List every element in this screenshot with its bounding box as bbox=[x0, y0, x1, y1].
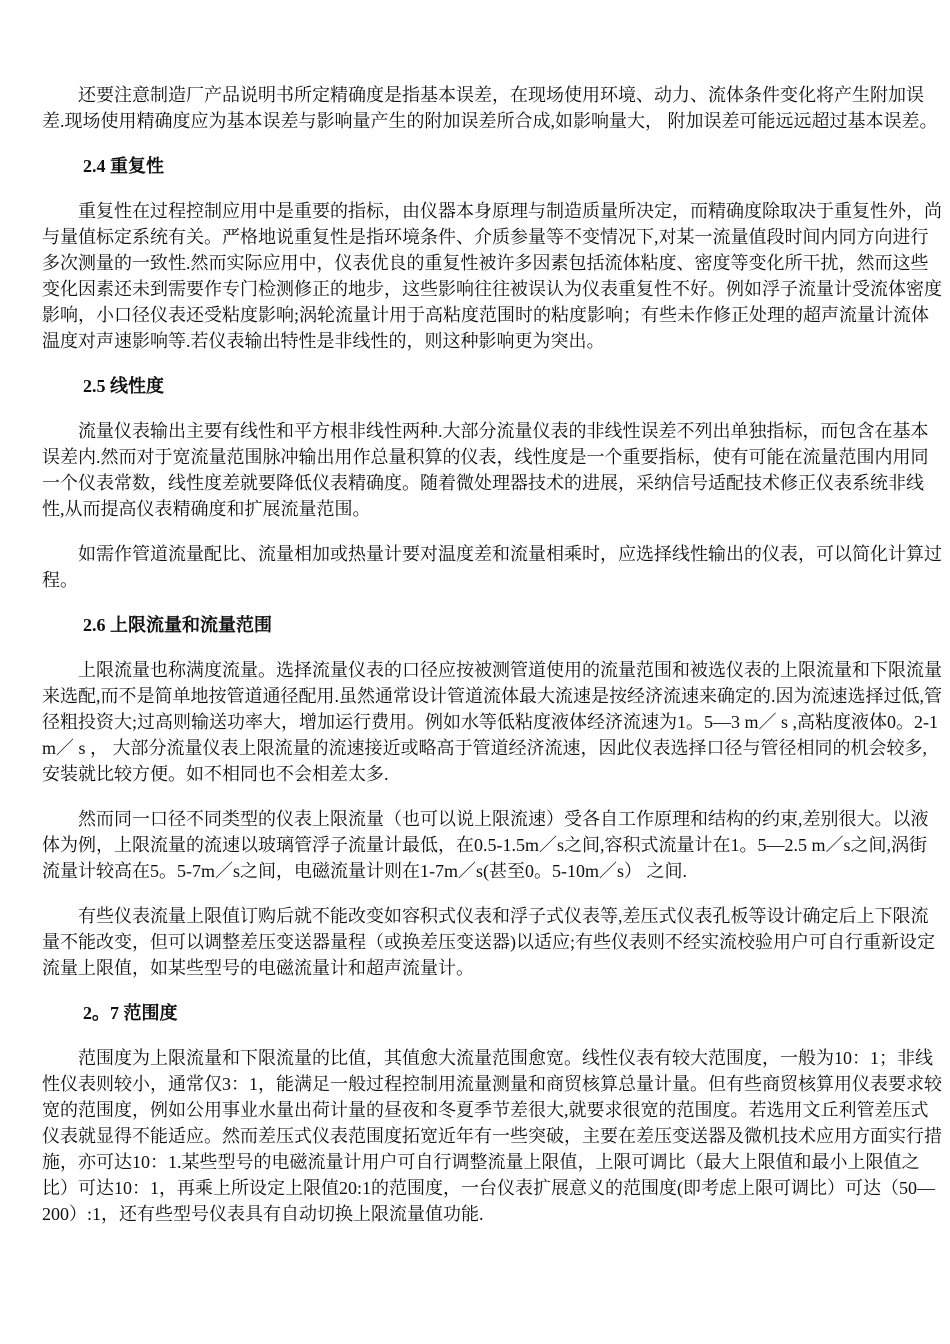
paragraph-linearity: 流量仪表输出主要有线性和平方根非线性两种.大部分流量仪表的非线性误差不列出单独指… bbox=[42, 418, 942, 522]
heading-2-4-repeatability: 2.4 重复性 bbox=[42, 153, 942, 179]
paragraph-rangeability: 范围度为上限流量和下限流量的比值，其值愈大流量范围愈宽。线性仪表有较大范围度，一… bbox=[42, 1045, 942, 1227]
paragraph-repeatability: 重复性在过程控制应用中是重要的指标，由仪器本身原理与制造质量所决定，而精确度除取… bbox=[42, 198, 942, 354]
document-page: 还要注意制造厂产品说明书所定精确度是指基本误差，在现场使用环境、动力、流体条件变… bbox=[0, 0, 950, 1344]
paragraph-upper-limit-flow: 上限流量也称满度流量。选择流量仪表的口径应按被测管道使用的流量范围和被选仪表的上… bbox=[42, 657, 942, 787]
paragraph-accuracy-note: 还要注意制造厂产品说明书所定精确度是指基本误差，在现场使用环境、动力、流体条件变… bbox=[42, 82, 942, 134]
heading-2-7-rangeability: 2。7 范围度 bbox=[42, 1000, 942, 1026]
paragraph-linear-output-note: 如需作管道流量配比、流量相加或热量计要对温度差和流量相乘时，应选择线性输出的仪表… bbox=[42, 541, 942, 593]
document-content: 还要注意制造厂产品说明书所定精确度是指基本误差，在现场使用环境、动力、流体条件变… bbox=[42, 82, 942, 1227]
paragraph-upper-limit-adjustability: 有些仪表流量上限值订购后就不能改变如容积式仪表和浮子式仪表等,差压式仪表孔板等设… bbox=[42, 903, 942, 981]
paragraph-flow-velocity-ranges: 然而同一口径不同类型的仪表上限流量（也可以说上限流速）受各自工作原理和结构的约束… bbox=[42, 806, 942, 884]
heading-2-6-upper-limit-flow-and-range: 2.6 上限流量和流量范围 bbox=[42, 612, 942, 638]
heading-2-5-linearity: 2.5 线性度 bbox=[42, 373, 942, 399]
